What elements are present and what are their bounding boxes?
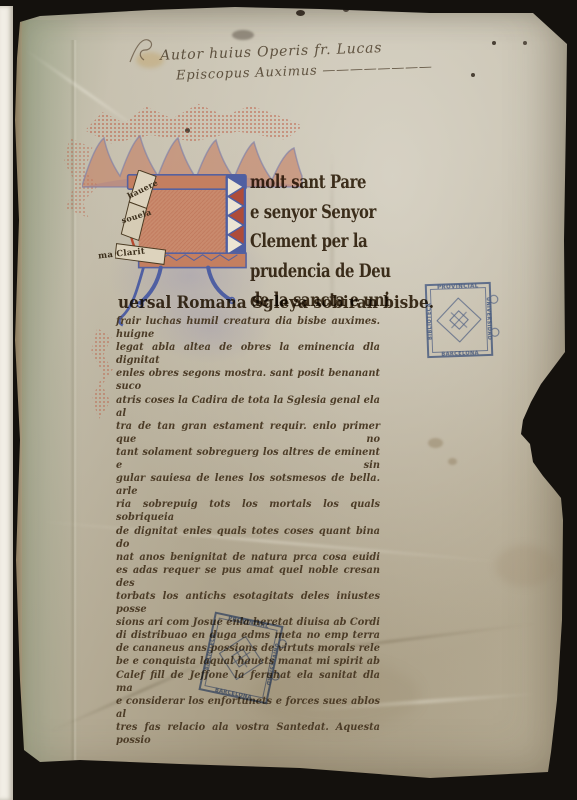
ink-speck [343,7,349,12]
text-line: enles obres segons mostra. sant posit be… [116,367,380,393]
text-line: Clement per la [250,227,391,257]
text-line: de dignitat enles quals totes coses quan… [116,525,380,551]
water-stain [495,545,555,587]
text-line: ria sobrepuig tots los mortals los quals… [116,498,380,524]
text-line: frair luchas humil creatura dia bisbe au… [116,315,380,341]
ink-smudge [232,30,254,40]
text-line: tant solament sobreguerg los altres de e… [116,446,380,472]
text-line: molt sant Pare [250,168,391,198]
stain [448,458,457,465]
pen-flourish [128,36,158,64]
stamp-text-bottom: BARCELONA [427,349,493,357]
text-line: prudencia de Deu [250,257,391,287]
stamp-hook [490,328,499,337]
ink-speck [296,10,305,16]
text-line: nat anos benignitat de natura prca cosa … [116,551,380,564]
wormhole [492,41,496,45]
text-line: e senyor Senyor [250,198,391,228]
library-stamp: PROVINCIAL BARCELONA BIBLIOTECA UNIVERSI… [425,282,494,358]
wormhole [471,73,475,77]
red-penwork-spray [90,328,114,420]
text-line: es adas requer se pus amat quel noble cr… [116,564,380,590]
stain [428,438,443,448]
inscription-line: Autor huius Operis fr. Lucas [160,40,383,64]
manuscript-photo: Autor huius Operis fr. Lucas Episcopus A… [0,0,577,800]
text-line: tres fas relacio ala vostra Santedat. Aq… [116,721,380,747]
text-line: legat abla altea de obres la eminencia d… [116,341,380,367]
text-line: gular sauiesa de lenes los sotsmesos de … [116,472,380,498]
book-page-edge [0,6,13,800]
text-line-wide: uersal Romana Sgleya sobiran bisbe. [118,293,434,313]
parchment-page: Autor huius Operis fr. Lucas Episcopus A… [0,0,577,800]
text-line: torbats los antichs esotagitats deles in… [116,590,380,616]
text-line: tra de tan gran estament requir. enlo pr… [116,420,380,446]
text-line: atris coses la Cadira de tota la Sglesia… [116,394,380,420]
inscription-line: Episcopus Auximus ———————— [176,60,433,84]
stamp-hook [489,295,498,304]
wormhole [523,41,527,45]
